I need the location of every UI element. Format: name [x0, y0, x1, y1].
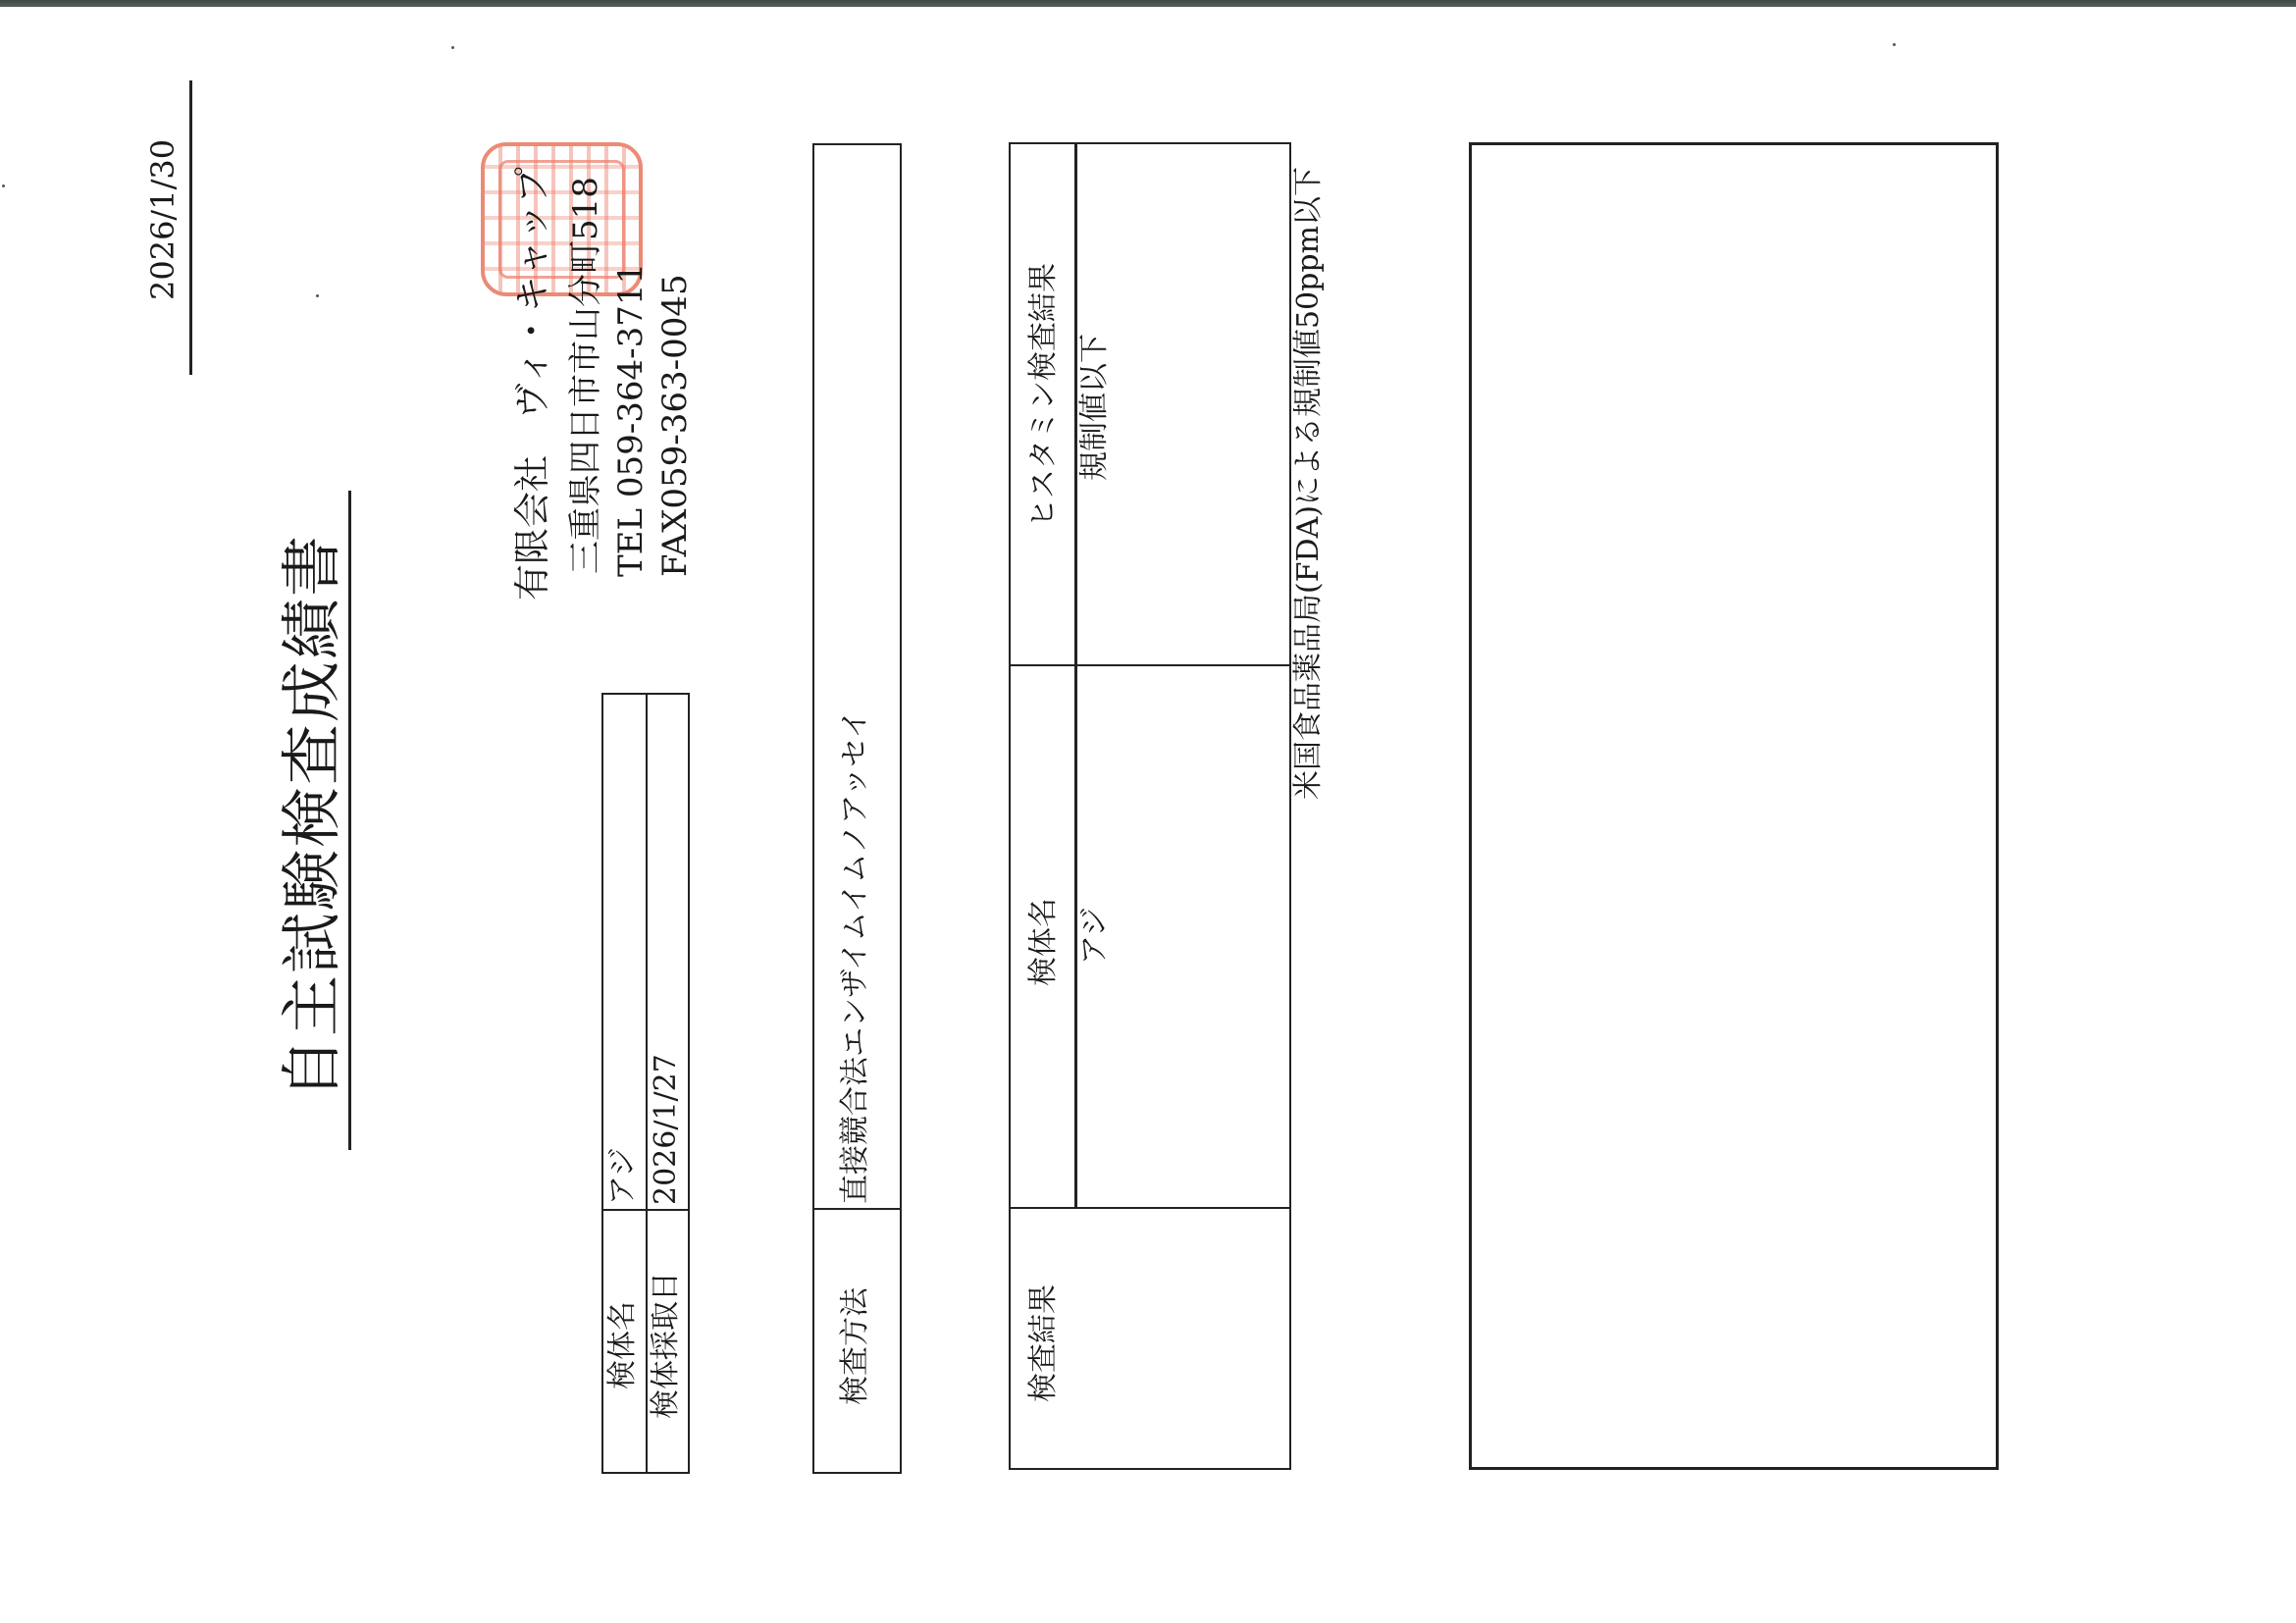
inspection-result-label: 検査結果: [1029, 1284, 1059, 1402]
issue-date: 2026/1/30: [147, 139, 179, 300]
results-table-col-divider: [1074, 143, 1077, 1209]
method-value[interactable]: 直接競合法エンザイムイムノアッセイ: [841, 709, 870, 1204]
title-underline: [348, 491, 351, 1150]
company-tel: TEL 059-364-3711: [614, 263, 648, 577]
scan-edge-strip: [0, 0, 2296, 7]
method-table-row-divider: [813, 1208, 901, 1210]
scan-speck: [1893, 43, 1896, 46]
scan-speck: [451, 46, 454, 49]
results-table-row-divider-1: [1010, 664, 1290, 666]
sample-name-value[interactable]: アジ: [608, 1147, 638, 1205]
fda-regulation-note: 米国食品薬品局(FDA)による規制値50ppm以下: [1294, 167, 1324, 800]
company-fax: FAX059-363-0045: [658, 274, 692, 577]
sample-date-label: 検体採取日: [652, 1272, 681, 1419]
results-sample-name-label: 検体名: [1029, 898, 1059, 986]
histamine-result-value[interactable]: 規制値以下: [1080, 334, 1110, 481]
sample-date-value[interactable]: 2026/1/27: [652, 1054, 681, 1205]
histamine-result-header: ヒスタミン検査結果: [1029, 263, 1059, 528]
sample-table-col-divider: [646, 694, 648, 1473]
page-title: 自主試験検査成績書: [282, 534, 342, 1099]
issue-date-underline: [189, 80, 192, 375]
method-label: 検査方法: [841, 1287, 870, 1405]
sample-name-label: 検体名: [608, 1301, 638, 1389]
results-sample-name-value[interactable]: アジ: [1080, 907, 1110, 965]
company-address: 三重県四日市市山分町518: [569, 177, 602, 574]
scan-speck: [2, 184, 5, 187]
sample-table-row-divider: [602, 1209, 689, 1211]
remarks-box[interactable]: [1469, 142, 1999, 1470]
results-table-row-divider-2: [1010, 1207, 1290, 1209]
company-name: 有限会社 ヴィ・キャップ: [514, 167, 550, 601]
scan-speck: [316, 294, 319, 297]
